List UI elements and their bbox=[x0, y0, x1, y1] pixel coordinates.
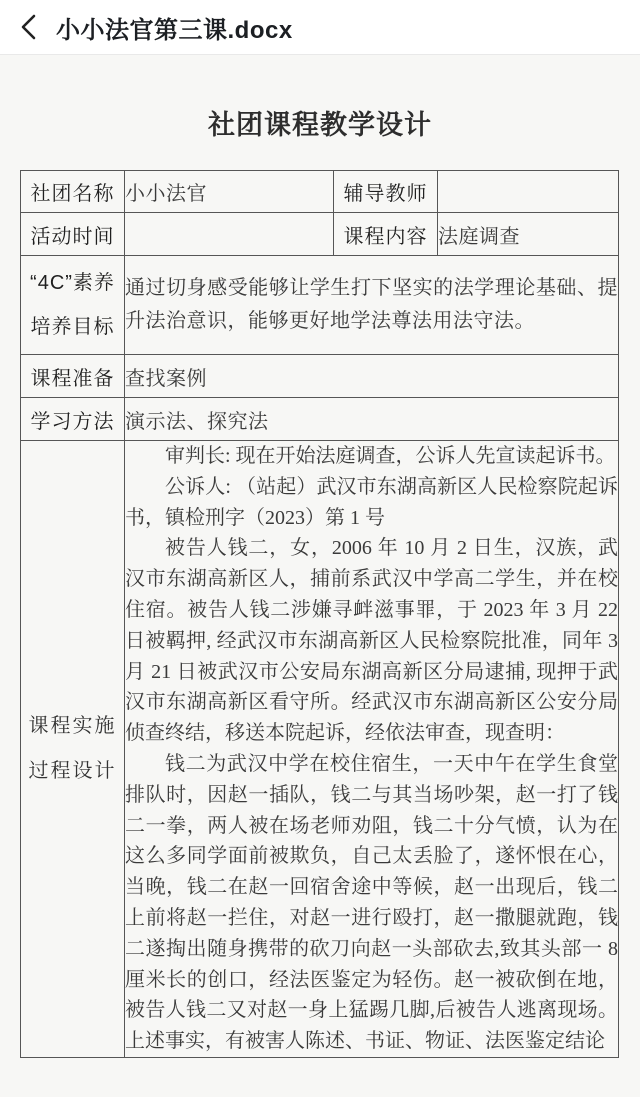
table-row: 学习方法 演示法、探究法 bbox=[21, 398, 619, 441]
process-paragraph: 审判长: 现在开始法庭调查，公诉人先宣读起诉书。 bbox=[125, 441, 618, 472]
course-content-label: 课程内容 bbox=[334, 213, 438, 256]
process-content: 审判长: 现在开始法庭调查，公诉人先宣读起诉书。 公诉人: （站起）武汉市东湖高… bbox=[125, 441, 619, 1058]
prep-value: 查找案例 bbox=[125, 355, 619, 398]
document-title: 社团课程教学设计 bbox=[0, 103, 640, 142]
prep-label: 课程准备 bbox=[21, 355, 125, 398]
table-row: 社团名称 小小法官 辅导教师 bbox=[21, 171, 619, 213]
back-button[interactable] bbox=[0, 0, 56, 55]
club-name-label: 社团名称 bbox=[21, 171, 125, 213]
goal-value: 通过切身感受能够让学生打下坚实的法学理论基础、提升法治意识，能够更好地学法尊法用… bbox=[125, 256, 619, 355]
table-row: 课程实施 过程设计 审判长: 现在开始法庭调查，公诉人先宣读起诉书。 公诉人: … bbox=[21, 441, 619, 1058]
table-row: 活动时间 课程内容 法庭调查 bbox=[21, 213, 619, 256]
activity-time-label: 活动时间 bbox=[21, 213, 125, 256]
tutor-label: 辅导教师 bbox=[334, 171, 438, 213]
process-label-line1: 课程实施 bbox=[21, 704, 124, 749]
lesson-plan-table: 社团名称 小小法官 辅导教师 活动时间 课程内容 法庭调查 “4C”素养 培养目… bbox=[20, 170, 619, 1058]
chevron-left-icon bbox=[18, 13, 38, 41]
table-row: 课程准备 查找案例 bbox=[21, 355, 619, 398]
table-row: “4C”素养 培养目标 通过切身感受能够让学生打下坚实的法学理论基础、提升法治意… bbox=[21, 256, 619, 355]
club-name-value: 小小法官 bbox=[125, 171, 334, 213]
method-value: 演示法、探究法 bbox=[125, 398, 619, 441]
tutor-value bbox=[438, 171, 619, 213]
goal-label-line2: 培养目标 bbox=[21, 305, 124, 349]
method-label: 学习方法 bbox=[21, 398, 125, 441]
process-label: 课程实施 过程设计 bbox=[21, 441, 125, 1058]
goal-label: “4C”素养 培养目标 bbox=[21, 256, 125, 355]
app-bar: 小小法官第三课.docx bbox=[0, 0, 640, 55]
process-paragraph: 公诉人: （站起）武汉市东湖高新区人民检察院起诉书，镇检刑字（2023）第 1 … bbox=[125, 472, 618, 534]
course-content-value: 法庭调查 bbox=[438, 213, 619, 256]
process-label-line2: 过程设计 bbox=[21, 749, 124, 794]
goal-label-line1: “4C”素养 bbox=[21, 261, 124, 305]
file-title: 小小法官第三课.docx bbox=[56, 10, 293, 45]
document-page: 社团课程教学设计 社团名称 小小法官 辅导教师 活动时间 课程内容 法庭调查 “… bbox=[0, 56, 640, 1097]
process-paragraph: 被告人钱二，女，2006 年 10 月 2 日生，汉族，武汉市东湖高新区人，捕前… bbox=[125, 533, 618, 749]
process-paragraph: 钱二为武汉中学在校住宿生，一天中午在学生食堂排队时，因赵一插队，钱二与其当场吵架… bbox=[125, 749, 618, 1057]
activity-time-value bbox=[125, 213, 334, 256]
